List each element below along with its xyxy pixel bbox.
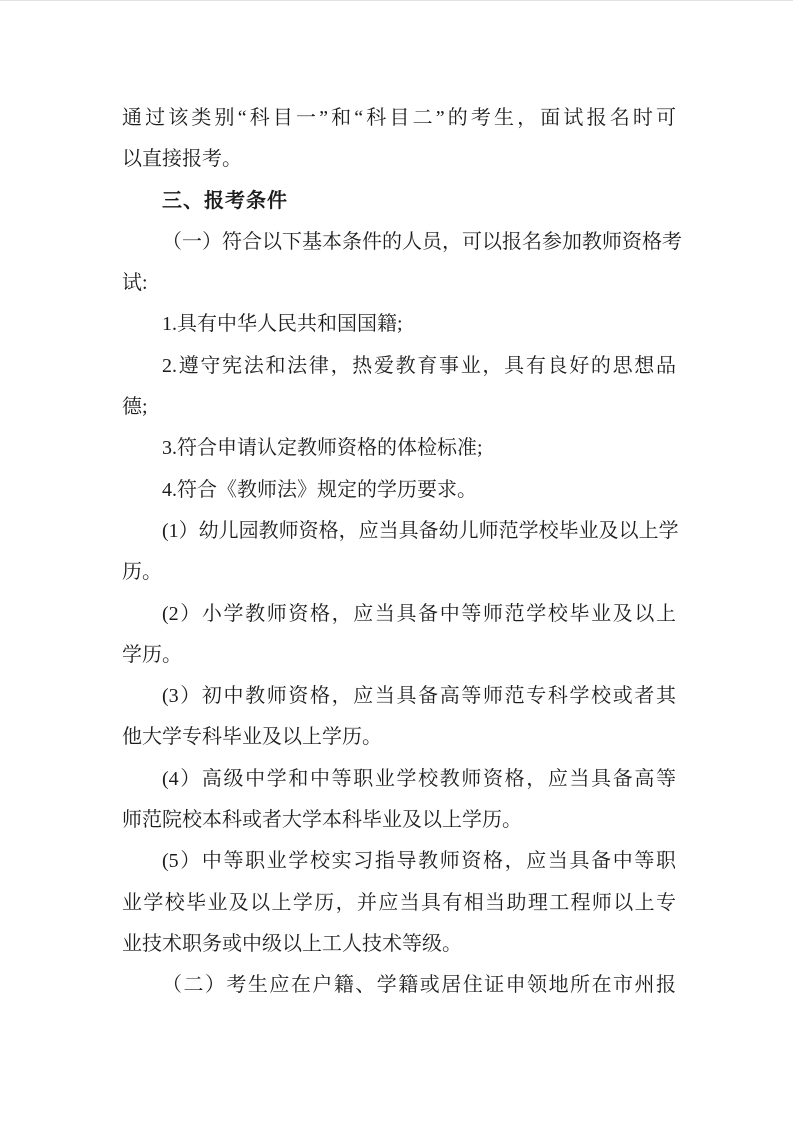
- paragraph-line: 通过该类别“科目一”和“科目二”的考生，面试报名时可: [122, 98, 676, 139]
- list-item-line: 3.符合申请认定教师资格的体检标准;: [122, 428, 676, 469]
- paragraph-line: 历。: [122, 552, 676, 593]
- list-item-line: 4.符合《教师法》规定的学历要求。: [122, 470, 676, 511]
- paragraph-line: 业学校毕业及以上学历，并应当具有相当助理工程师以上专: [122, 883, 676, 924]
- list-item-line: (5）中等职业学校实习指导教师资格，应当具备中等职: [122, 841, 676, 882]
- paragraph-line: 业技术职务或中级以上工人技术等级。: [122, 924, 676, 965]
- list-item-line: 1.具有中华人民共和国国籍;: [122, 304, 676, 345]
- section-heading: 三、报考条件: [122, 181, 676, 222]
- list-item-line: (3）初中教师资格，应当具备高等师范专科学校或者其: [122, 676, 676, 717]
- paragraph-line: （一）符合以下基本条件的人员，可以报名参加教师资格考: [122, 222, 676, 263]
- paragraph-line: 德;: [122, 387, 676, 428]
- list-item-line: (4）高级中学和中等职业学校教师资格，应当具备高等: [122, 759, 676, 800]
- paragraph-line: 学历。: [122, 635, 676, 676]
- paragraph-line: （二）考生应在户籍、学籍或居住证申领地所在市州报: [122, 965, 676, 1006]
- list-item-line: (2）小学教师资格，应当具备中等师范学校毕业及以上: [122, 594, 676, 635]
- list-item-line: 2.遵守宪法和法律，热爱教育事业，具有良好的思想品: [122, 346, 676, 387]
- document-text-block: 通过该类别“科目一”和“科目二”的考生，面试报名时可以直接报考。三、报考条件（一…: [122, 98, 676, 1007]
- paragraph-line: 他大学专科毕业及以上学历。: [122, 717, 676, 758]
- paragraph-line: 以直接报考。: [122, 139, 676, 180]
- paragraph-line: 试:: [122, 263, 676, 304]
- list-item-line: (1）幼儿园教师资格，应当具备幼儿师范学校毕业及以上学: [122, 511, 676, 552]
- paragraph-line: 师范院校本科或者大学本科毕业及以上学历。: [122, 800, 676, 841]
- document-page: 通过该类别“科目一”和“科目二”的考生，面试报名时可以直接报考。三、报考条件（一…: [0, 0, 793, 1122]
